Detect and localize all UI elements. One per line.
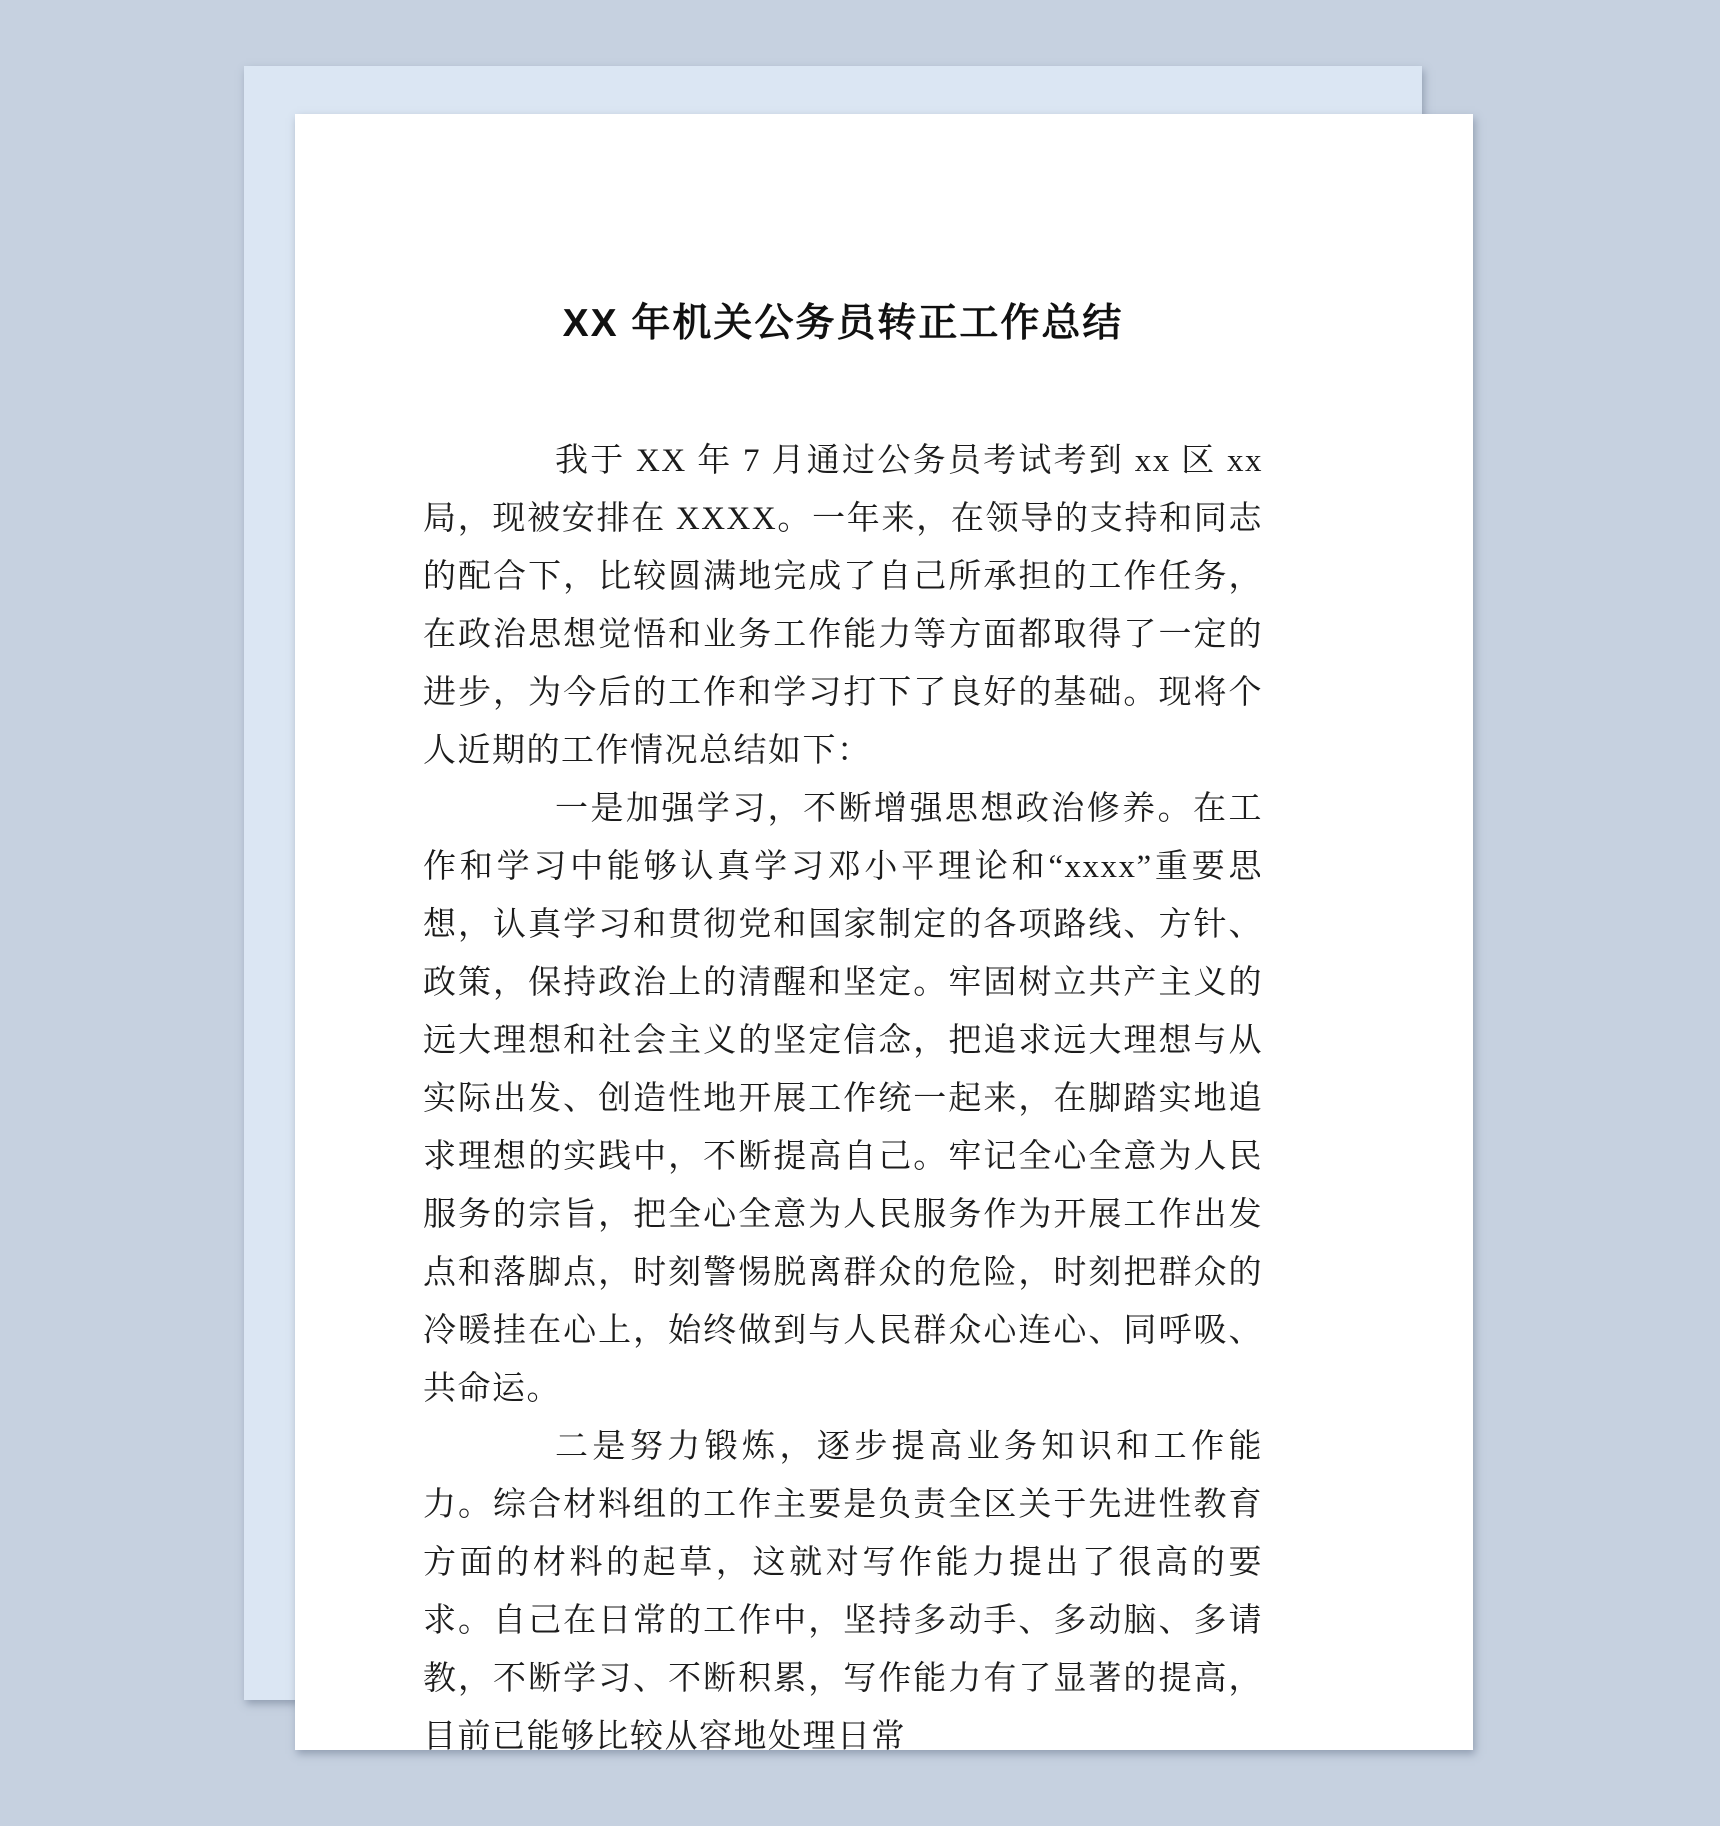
document-title: XX 年机关公务员转正工作总结 bbox=[423, 300, 1263, 348]
document-page: XX 年机关公务员转正工作总结 我于 XX 年 7 月通过公务员考试考到 xx … bbox=[295, 114, 1473, 1750]
paragraph-intro: 我于 XX 年 7 月通过公务员考试考到 xx 区 xx 局，现被安排在 XXX… bbox=[423, 432, 1263, 780]
document-body: 我于 XX 年 7 月通过公务员考试考到 xx 区 xx 局，现被安排在 XXX… bbox=[423, 432, 1263, 1766]
paragraph-point-two: 二是努力锻炼，逐步提高业务知识和工作能力。综合材料组的工作主要是负责全区关于先进… bbox=[423, 1418, 1263, 1766]
paragraph-point-one: 一是加强学习，不断增强思想政治修养。在工作和学习中能够认真学习邓小平理论和“xx… bbox=[423, 780, 1263, 1418]
